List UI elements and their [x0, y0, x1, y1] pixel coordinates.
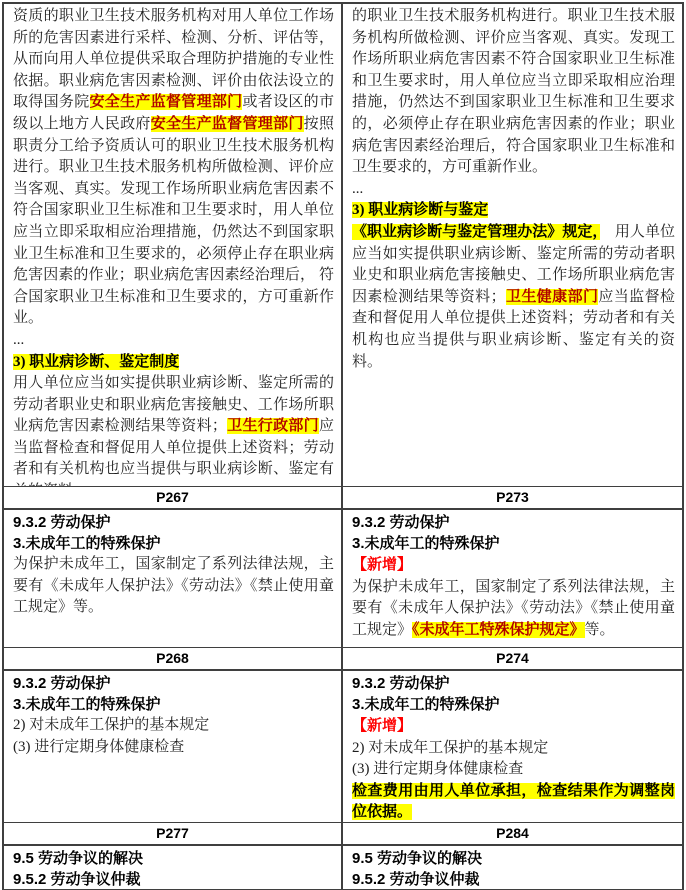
page-number-cell: P273 — [343, 487, 682, 508]
paragraph: 3.未成年工的特殊保护 — [352, 694, 675, 715]
content-cell: 9.3.2 劳动保护3.未成年工的特殊保护【新增】为保护未成年工，国家制定了系列… — [343, 510, 682, 647]
paragraph: 资质的职业卫生技术服务机构对用人单位工作场所的危害因素进行采样、检测、分析、评估… — [13, 6, 334, 330]
text-run: 3) 职业病诊断与鉴定 — [352, 202, 488, 218]
content-cell: 9.3.2 劳动保护3.未成年工的特殊保护【新增】2) 对未成年工保护的基本规定… — [343, 671, 682, 822]
paragraph: 9.5 劳动争议的解决 — [352, 848, 675, 869]
text-run: 9.5.2 劳动争议仲裁 — [352, 871, 480, 888]
content-cell: 资质的职业卫生技术服务机构对用人单位工作场所的危害因素进行采样、检测、分析、评估… — [4, 4, 343, 486]
text-run: 3.未成年工的特殊保护 — [13, 696, 161, 713]
page-number-row: P267P273 — [4, 486, 682, 510]
paragraph: 用人单位应当如实提供职业病诊断、鉴定所需的劳动者职业史和职业病危害接触史、工作场… — [13, 373, 334, 486]
text-run: 【新增】 — [352, 717, 412, 734]
text-run: 卫生行政部门 — [227, 418, 319, 434]
text-run: 3.未成年工的特殊保护 — [352, 696, 500, 713]
paragraph: 【新增】 — [352, 715, 675, 738]
paragraph: 9.5.2 劳动争议仲裁 — [352, 869, 675, 889]
text-run: 9.5 劳动争议的解决 — [13, 850, 143, 867]
text-run: ... — [13, 332, 24, 348]
page-number-row: P277P284 — [4, 822, 682, 846]
text-run: 3) 职业病诊断、鉴定制度 — [13, 354, 179, 370]
text-run: 2) 对未成年工保护的基本规定 — [352, 740, 548, 756]
paragraph: (3) 进行定期身体健康检查 — [352, 759, 675, 781]
content-cell: 9.3.2 劳动保护3.未成年工的特殊保护为保护未成年工，国家制定了系列法律法规… — [4, 510, 343, 647]
content-row: 9.5 劳动争议的解决9.5.2 劳动争议仲裁9.5 劳动争议的解决9.5.2 … — [4, 846, 682, 889]
text-run: (3) 进行定期身体健康检查 — [13, 739, 184, 755]
paragraph: 9.3.2 劳动保护 — [13, 512, 334, 533]
content-cell: 的职业卫生技术服务机构进行。职业卫生技术服务机构所做检测、评价应当客观、真实。发… — [343, 4, 682, 486]
content-row: 9.3.2 劳动保护3.未成年工的特殊保护2) 对未成年工保护的基本规定(3) … — [4, 671, 682, 822]
paragraph: 9.5.2 劳动争议仲裁 — [13, 869, 334, 889]
content-cell: 9.5 劳动争议的解决9.5.2 劳动争议仲裁 — [4, 846, 343, 889]
paragraph: 3) 职业病诊断、鉴定制度 — [13, 352, 334, 374]
page-number-cell: P277 — [4, 823, 343, 844]
paragraph: 9.3.2 劳动保护 — [352, 673, 675, 694]
text-run: 9.3.2 劳动保护 — [13, 675, 111, 692]
text-run: 检查费用由用人单位承担，检查结果作为调整岗位依据。 — [352, 783, 675, 821]
page-number-cell: P267 — [4, 487, 343, 508]
text-run: (3) 进行定期身体健康检查 — [352, 761, 523, 777]
content-cell: 9.3.2 劳动保护3.未成年工的特殊保护2) 对未成年工保护的基本规定(3) … — [4, 671, 343, 822]
content-cell: 9.5 劳动争议的解决9.5.2 劳动争议仲裁 — [343, 846, 682, 889]
paragraph: (3) 进行定期身体健康检查 — [13, 737, 334, 759]
paragraph: 【新增】 — [352, 554, 675, 577]
text-run: 3.未成年工的特殊保护 — [352, 535, 500, 552]
paragraph: 的职业卫生技术服务机构进行。职业卫生技术服务机构所做检测、评价应当客观、真实。发… — [352, 6, 675, 179]
paragraph: ... — [13, 330, 334, 352]
paragraph: ... — [352, 179, 675, 201]
content-row: 资质的职业卫生技术服务机构对用人单位工作场所的危害因素进行采样、检测、分析、评估… — [4, 4, 682, 486]
text-run: 【新增】 — [352, 556, 412, 573]
text-run: 9.3.2 劳动保护 — [352, 514, 450, 531]
page-number-row: P268P274 — [4, 647, 682, 671]
paragraph: 9.5 劳动争议的解决 — [13, 848, 334, 869]
paragraph: 3.未成年工的特殊保护 — [13, 694, 334, 715]
paragraph: 检查费用由用人单位承担，检查结果作为调整岗位依据。 — [352, 781, 675, 822]
paragraph: 2) 对未成年工保护的基本规定 — [352, 738, 675, 760]
text-run: 安全生产监督管理部门 — [90, 94, 243, 110]
text-run: 9.3.2 劳动保护 — [352, 675, 450, 692]
paragraph: 9.3.2 劳动保护 — [13, 673, 334, 694]
text-run: 等。 — [585, 622, 615, 638]
text-run: ... — [352, 181, 363, 197]
paragraph: 3.未成年工的特殊保护 — [13, 533, 334, 554]
text-run: 2) 对未成年工保护的基本规定 — [13, 717, 209, 733]
text-run: 9.5.2 劳动争议仲裁 — [13, 871, 141, 888]
page-number-cell: P274 — [343, 648, 682, 669]
paragraph: 为保护未成年工，国家制定了系列法律法规，主要有《未成年人保护法》《劳动法》《禁止… — [13, 554, 334, 619]
content-row: 9.3.2 劳动保护3.未成年工的特殊保护为保护未成年工，国家制定了系列法律法规… — [4, 510, 682, 647]
paragraph: 为保护未成年工，国家制定了系列法律法规，主要有《未成年人保护法》《劳动法》《禁止… — [352, 577, 675, 642]
page-number-cell: P284 — [343, 823, 682, 844]
text-run: 《职业病诊断与鉴定管理办法》规定， — [352, 224, 600, 240]
text-run: 卫生健康部门 — [506, 289, 599, 305]
text-run: 安全生产监督管理部门 — [151, 116, 304, 132]
text-run: 9.5 劳动争议的解决 — [352, 850, 482, 867]
paragraph: 3) 职业病诊断与鉴定 — [352, 200, 675, 222]
comparison-table: 资质的职业卫生技术服务机构对用人单位工作场所的危害因素进行采样、检测、分析、评估… — [2, 2, 684, 890]
paragraph: 9.3.2 劳动保护 — [352, 512, 675, 533]
text-run: 9.3.2 劳动保护 — [13, 514, 111, 531]
text-run: 为保护未成年工，国家制定了系列法律法规，主要有《未成年人保护法》《劳动法》《禁止… — [13, 556, 334, 615]
paragraph: 2) 对未成年工保护的基本规定 — [13, 715, 334, 737]
text-run: 按照职责分工给予资质认可的职业卫生技术服务机构进行。职业卫生技术服务机构所做检测… — [13, 116, 334, 326]
page-number-cell: P268 — [4, 648, 343, 669]
text-run: 的职业卫生技术服务机构进行。职业卫生技术服务机构所做检测、评价应当客观、真实。发… — [352, 8, 675, 175]
paragraph: 3.未成年工的特殊保护 — [352, 533, 675, 554]
text-run: 《未成年工特殊保护规定》 — [412, 622, 585, 638]
text-run: 3.未成年工的特殊保护 — [13, 535, 161, 552]
paragraph: 《职业病诊断与鉴定管理办法》规定， 用人单位应当如实提供职业病诊断、鉴定所需的劳… — [352, 222, 675, 373]
